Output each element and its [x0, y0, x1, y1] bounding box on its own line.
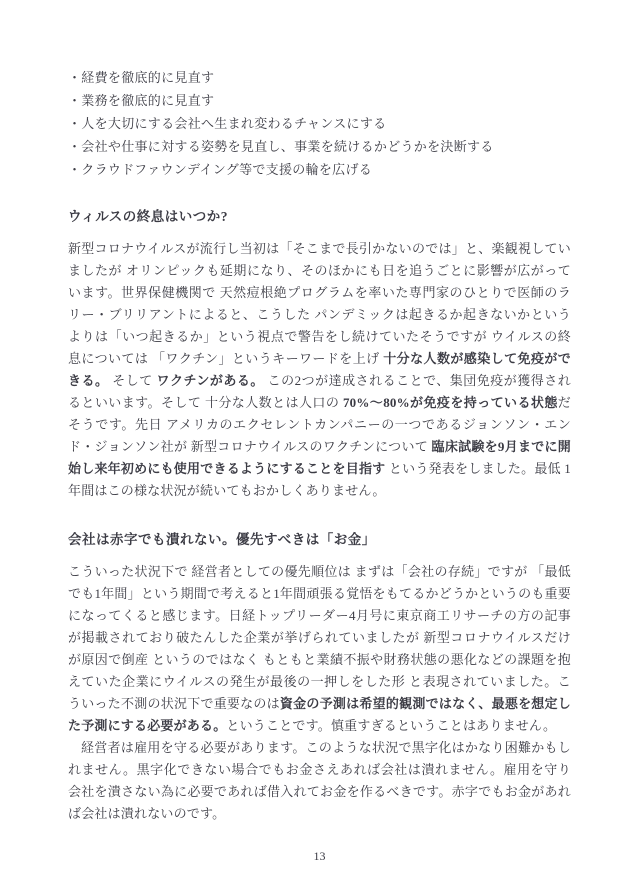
paragraph-employment: 経営者は雇用を守る必要があります。このような状況で黒字化はかなり困難かもしれませ… [68, 737, 571, 825]
paragraph-priority-cash: こういった状況下で 経営者としての優先順位は まずは「会社の存続」ですが 「最低… [68, 561, 571, 737]
text-run: 新型コロナウイルスが流行し当初は「そこまで長引かないのでは」と、楽観視していまし… [68, 241, 571, 366]
text-run: 経営者は雇用を守る必要があります。このような状況で黒字化はかなり困難かもしれませ… [68, 740, 571, 821]
bullet-item: ・会社や仕事に対する姿勢を見直し、事業を続けるかどうかを決断する [68, 135, 571, 158]
document-page: ・経費を徹底的に見直す ・業務を徹底的に見直す ・人を大切にする会社へ生まれ変わ… [0, 0, 639, 882]
bullet-item: ・業務を徹底的に見直す [68, 89, 571, 112]
bullet-list: ・経費を徹底的に見直す ・業務を徹底的に見直す ・人を大切にする会社へ生まれ変わ… [68, 66, 571, 181]
text-run-bold: 70%〜80%が免疫を持っている状態 [343, 395, 558, 410]
text-run: ということです。慎重すぎるということはありません。 [226, 718, 556, 733]
text-run: そして [109, 373, 157, 388]
text-run: こういった状況下で 経営者としての優先順位は まずは「会社の存続」ですが 「最低… [68, 564, 571, 711]
section-heading-virus-end: ウィルスの終息はいつか? [68, 205, 571, 225]
bullet-item: ・クラウドファウンデイング等で支援の輪を広げる [68, 158, 571, 181]
bullet-item: ・人を大切にする会社へ生まれ変わるチャンスにする [68, 112, 571, 135]
section-heading-company-cash: 会社は赤字でも潰れない。優先すべきは「お金」 [68, 528, 571, 548]
text-run-bold: ワクチンがある。 [157, 373, 264, 388]
page-content: ・経費を徹底的に見直す ・業務を徹底的に見直す ・人を大切にする会社へ生まれ変わ… [68, 66, 571, 825]
bullet-item: ・経費を徹底的に見直す [68, 66, 571, 89]
page-number: 13 [0, 849, 639, 864]
paragraph-virus-end: 新型コロナウイルスが流行し当初は「そこまで長引かないのでは」と、楽観視していまし… [68, 238, 571, 502]
